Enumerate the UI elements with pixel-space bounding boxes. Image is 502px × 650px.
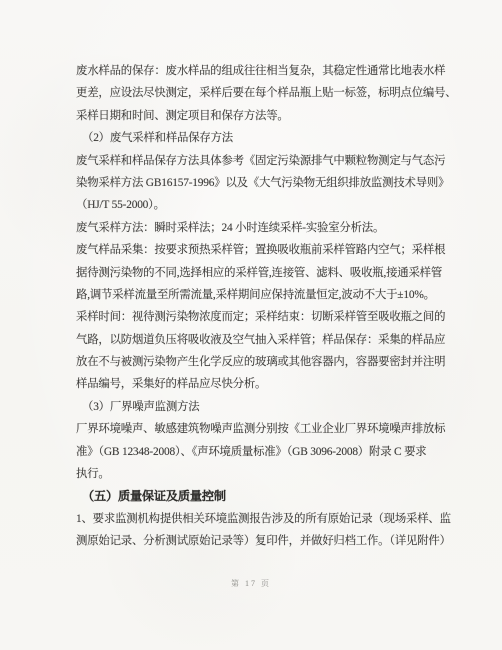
text-line: 采样时间：视待测污染物浓度而定；采样结束：切断采样管至吸收瓶之间的: [76, 306, 446, 328]
text-line: 样品编号，采集好的样品应尽快分析。: [76, 373, 446, 395]
text-line: 更差，应设法尽快测定，采样后要在每个样品瓶上贴一标签，标明点位编号、: [76, 82, 446, 104]
text-line: 染物采样方法 GB16157-1996》以及《大气污染物无组织排放监测技术导则》: [76, 172, 446, 194]
text-line: 执行。: [76, 463, 446, 485]
text-line: （HJ/T 55-2000）。: [76, 194, 446, 216]
text-line: 气路，以防烟道负压将吸收液及空气抽入采样管；样品保存：采集的样品应: [76, 329, 446, 351]
text-line: 测原始记录、分析测试原始记录等）复印件，并做好归档工作。（详见附件）: [76, 530, 446, 552]
text-line: 放在不与被测污染物产生化学反应的玻璃或其他容器内，容器要密封并注明: [76, 351, 446, 373]
text-line: 废气样品采集：按要求预热采样管；置换吸收瓶前采样管路内空气；采样根: [76, 239, 446, 261]
text-line: 厂界环境噪声、敏感建筑物噪声监测分别按《工业企业厂界环境噪声排放标: [76, 418, 446, 440]
section-heading: （五）质量保证及质量控制: [76, 485, 446, 507]
text-line: 采样日期和时间、测定项目和保存方法等。: [76, 105, 446, 127]
page-number: 第 17 页: [0, 578, 502, 589]
document-page: 废水样品的保存：废水样品的组成往往相当复杂，其稳定性通常比地表水样更差，应设法尽…: [0, 0, 502, 650]
text-line: 1、要求监测机构提供相关环境监测报告涉及的所有原始记录（现场采样、监: [76, 508, 446, 530]
text-line: 废气采样方法：瞬时采样法；24 小时连续采样-实验室分析法。: [76, 217, 446, 239]
text-line: 准》（GB 12348-2008）、《声环境质量标准》（GB 3096-2008…: [76, 441, 446, 463]
text-line: （2）废气采样和样品保存方法: [76, 127, 446, 149]
text-line: 废气采样和样品保存方法具体参考《固定污染源排气中颗粒物测定与气态污: [76, 150, 446, 172]
text-line: 路,调节采样流量至所需流量,采样期间应保持流量恒定,波动不大于±10%。: [76, 284, 446, 306]
text-line: 废水样品的保存：废水样品的组成往往相当复杂，其稳定性通常比地表水样: [76, 60, 446, 82]
text-line: 据待测污染物的不同,选择相应的采样管,连接管、滤料、吸收瓶,接通采样管: [76, 262, 446, 284]
text-line: （3）厂界噪声监测方法: [76, 396, 446, 418]
text-block: 废水样品的保存：废水样品的组成往往相当复杂，其稳定性通常比地表水样更差，应设法尽…: [76, 60, 446, 553]
